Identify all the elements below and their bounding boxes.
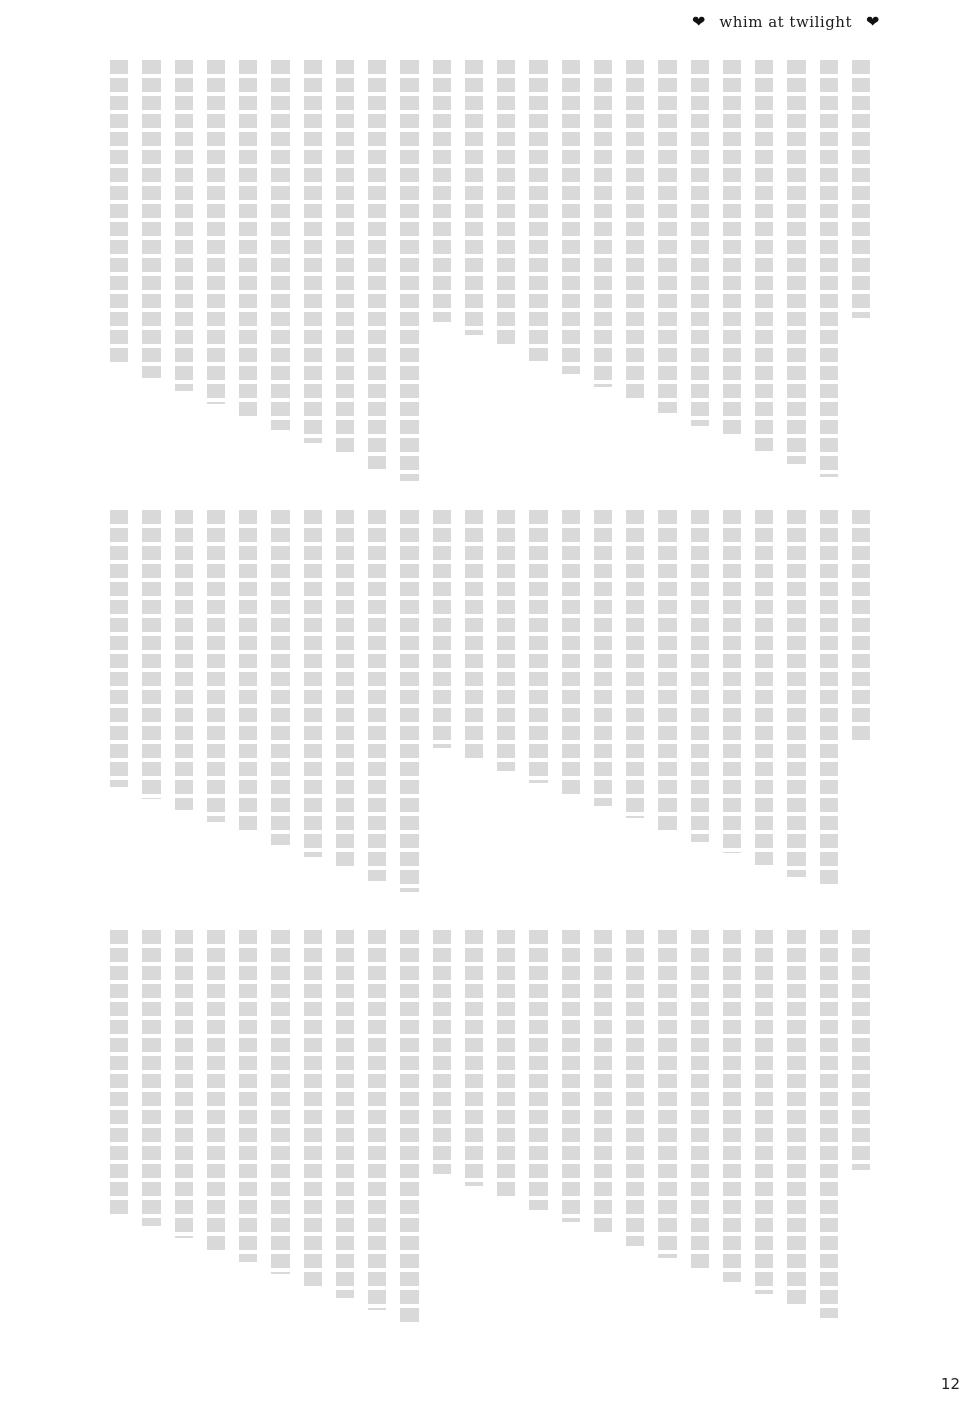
text-column [110, 930, 128, 1214]
text-column [529, 60, 547, 361]
text-column [787, 60, 805, 464]
text-column [271, 60, 289, 430]
text-column [723, 510, 741, 853]
text-column [852, 510, 870, 744]
text-column [626, 510, 644, 818]
text-column [594, 930, 612, 1234]
text-column [658, 60, 676, 413]
text-column [497, 510, 515, 771]
text-column [626, 60, 644, 400]
text-column [529, 510, 547, 783]
text-column [207, 60, 225, 404]
text-column [755, 510, 773, 865]
text-column [594, 510, 612, 806]
text-column [239, 510, 257, 834]
text-column [594, 60, 612, 387]
text-column [723, 60, 741, 438]
text-column [175, 930, 193, 1238]
text-column [691, 930, 709, 1270]
text-column [562, 930, 580, 1222]
text-column [433, 930, 451, 1174]
text-column [691, 60, 709, 426]
text-column [465, 510, 483, 760]
text-column [336, 60, 354, 456]
text-column [239, 60, 257, 417]
text-column [110, 60, 128, 365]
text-column [820, 930, 838, 1318]
text-column [368, 930, 386, 1310]
text-column [723, 930, 741, 1282]
text-column [400, 930, 418, 1322]
text-column [142, 510, 160, 799]
text-column [207, 930, 225, 1250]
text-column [497, 930, 515, 1198]
text-column [433, 60, 451, 322]
text-column [142, 60, 160, 378]
text-column [271, 930, 289, 1274]
text-column [626, 930, 644, 1246]
text-column [787, 510, 805, 877]
text-column [368, 510, 386, 881]
text-column [820, 60, 838, 477]
text-column [529, 930, 547, 1210]
text-column [562, 60, 580, 374]
text-column [755, 930, 773, 1294]
text-column [336, 930, 354, 1298]
text-column [820, 510, 838, 888]
text-column [562, 510, 580, 795]
text-column [658, 930, 676, 1258]
running-header: ❤ whim at twilight ❤ [692, 12, 879, 31]
text-column [239, 930, 257, 1262]
text-column [400, 510, 418, 892]
text-column [207, 510, 225, 822]
text-column [142, 930, 160, 1226]
text-column [400, 60, 418, 481]
text-block-middle [110, 510, 870, 900]
text-column [465, 930, 483, 1186]
text-column [465, 60, 483, 335]
text-column [658, 510, 676, 830]
text-column [304, 510, 322, 857]
text-column [852, 930, 870, 1170]
text-column [852, 60, 870, 318]
text-column [304, 930, 322, 1286]
text-column [433, 510, 451, 748]
text-column [110, 510, 128, 787]
text-column [691, 510, 709, 842]
heart-icon: ❤ [866, 12, 879, 31]
text-column [336, 510, 354, 869]
text-column [787, 930, 805, 1306]
text-column [175, 510, 193, 810]
heart-icon: ❤ [692, 12, 705, 31]
text-column [368, 60, 386, 469]
text-block-bottom [110, 930, 870, 1330]
text-column [497, 60, 515, 348]
text-column [304, 60, 322, 443]
text-block-top [110, 60, 870, 490]
page-number: 12 [941, 1375, 960, 1393]
text-column [271, 510, 289, 845]
text-column [175, 60, 193, 391]
header-title: whim at twilight [719, 13, 852, 31]
text-column [755, 60, 773, 451]
